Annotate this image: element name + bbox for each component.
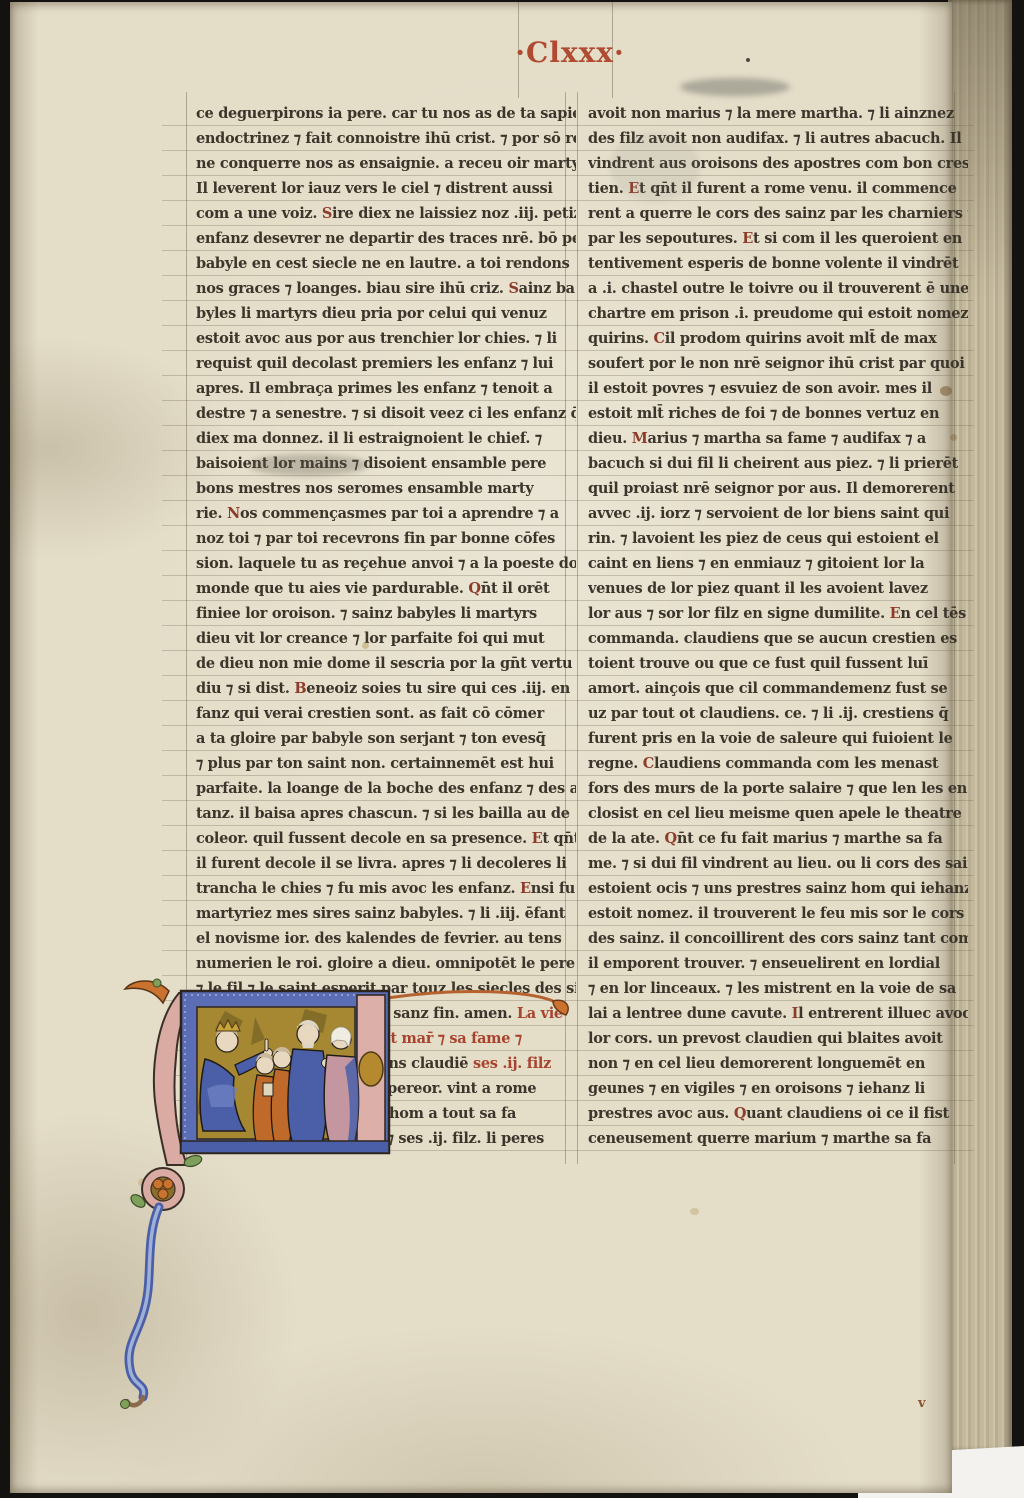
text-line: sion. laquele tu as reçehue anvoi ⁊ a la…: [196, 551, 576, 576]
text-segment: tentivement esperis de bonne volente il …: [588, 255, 958, 272]
text-segment: E: [532, 830, 543, 847]
text-segment: finiee lor oroison. ⁊ sainz babyles li m…: [196, 605, 537, 622]
text-segment: S: [508, 280, 518, 297]
historiated-initial: [105, 977, 585, 1417]
initial-bottom-bar: [181, 1141, 389, 1153]
text-segment: rin. ⁊ lavoient les piez de ceus qui est…: [588, 530, 939, 547]
text-segment: ire diex ne laissiez noz .iij. petiz: [332, 205, 576, 222]
text-segment: noz toi ⁊ par toi recevrons fin par bonn…: [196, 530, 555, 547]
text-segment: dieu.: [588, 430, 632, 447]
text-segment: n̄t ce fu fait marius ⁊ marthe sa fa: [677, 830, 943, 847]
text-segment: eneoiz soies tu sire qui ces .iij. en: [306, 680, 570, 697]
text-line: estoient ocis ⁊ uns prestres sainz hom q…: [588, 876, 968, 901]
text-segment: il prodom quirins avoit mlt̄ de max: [665, 330, 937, 347]
text-segment: nsi fu: [531, 880, 575, 897]
leaf-flourish-icon: [125, 981, 169, 1003]
text-segment: S: [322, 205, 332, 222]
text-segment: martyriez mes sires sainz babyles. ⁊ li …: [196, 905, 565, 922]
text-segment: E: [520, 880, 531, 897]
text-segment: bons mestres nos seromes ensamble marty: [196, 480, 533, 497]
text-line: geunes ⁊ en vigiles ⁊ en oroisons ⁊ ieha…: [588, 1076, 968, 1101]
text-block: ce deguerpirons ia pere. car tu nos as d…: [196, 101, 576, 1001]
trefoil-icon: [158, 1189, 168, 1199]
folio-number: ·Clxxx·: [450, 36, 690, 69]
text-segment: C: [643, 755, 654, 772]
text-segment: par les sepoutures.: [588, 230, 742, 247]
text-segment: monde que tu aies vie pardurable.: [196, 580, 468, 597]
text-segment: E: [742, 230, 753, 247]
text-line: par les sepoutures. Et si com il les que…: [588, 226, 968, 251]
text-segment: a .i. chastel outre le toivre ou il trou…: [588, 280, 968, 297]
text-line: avvec .ij. iorz ⁊ servoient de lor biens…: [588, 501, 968, 526]
text-segment: venues de lor piez quant il les avoient …: [588, 580, 928, 597]
text-segment: amort. ainçois que cil commandemenz fust…: [588, 680, 947, 697]
text-line: dieu vit lor creance ⁊ lor parfaite foi …: [196, 626, 576, 651]
text-segment: estoit mlt̄ riches de foi ⁊ de bonnes ve…: [588, 405, 939, 422]
text-line: closist en cel lieu meisme quen apele le…: [588, 801, 968, 826]
text-segment: sion. laquele tu as reçehue anvoi ⁊ a la…: [196, 555, 576, 572]
text-line: estoit nomez. il trouverent le feu mis s…: [588, 901, 968, 926]
text-line: estoit avoc aus por aus trenchier lor ch…: [196, 326, 576, 351]
text-line: noz toi ⁊ par toi recevrons fin par bonn…: [196, 526, 576, 551]
text-line: tentivement esperis de bonne volente il …: [588, 251, 968, 276]
text-segment: toient trouve ou que ce fust quil fussen…: [588, 655, 928, 672]
text-line: bacuch si dui fil li cheirent aus piez. …: [588, 451, 968, 476]
text-line: fors des murs de la porte salaire ⁊ que …: [588, 776, 968, 801]
leaf-dot-icon: [153, 979, 161, 987]
text-line: fanz qui verai crestien sont. as fait cō…: [196, 701, 576, 726]
text-segment: rie.: [196, 505, 227, 522]
pointing-finger: [265, 1039, 268, 1051]
text-line: destre ⁊ a senestre. ⁊ si disoit veez ci…: [196, 401, 576, 426]
text-segment: uz par tout ot claudiens. ce. ⁊ li .ij. …: [588, 705, 948, 722]
text-line: el novisme ior. des kalendes de fevrier.…: [196, 926, 576, 951]
text-line: rin. ⁊ lavoient les piez de ceus qui est…: [588, 526, 968, 551]
text-segment: ainz ba: [519, 280, 575, 297]
text-line: ceneusement querre marium ⁊ marthe sa fa: [588, 1126, 968, 1151]
text-block: avoit non marius ⁊ la mere martha. ⁊ li …: [588, 101, 968, 1151]
text-segment: il furent decole il se livra. apres ⁊ li…: [196, 855, 566, 872]
text-line: com a une voiz. Sire diex ne laissiez no…: [196, 201, 576, 226]
text-line: apres. Il embraça primes les enfanz ⁊ te…: [196, 376, 576, 401]
text-column-right: avoit non marius ⁊ la mere martha. ⁊ li …: [588, 101, 968, 1151]
text-segment: N: [227, 505, 240, 522]
text-segment: regne.: [588, 755, 643, 772]
text-line: ⁊ plus par ton saint non. certainnemēt e…: [196, 751, 576, 776]
text-line: a .i. chastel outre le toivre ou il trou…: [588, 276, 968, 301]
text-segment: closist en cel lieu meisme quen apele le…: [588, 805, 962, 822]
text-line: coleor. quil fussent decole en sa presen…: [196, 826, 576, 851]
leaf-icon: [183, 1153, 203, 1168]
text-line: nos graces ⁊ loanges. biau sire ihū criz…: [196, 276, 576, 301]
text-line: a ta gloire par babyle son serjant ⁊ ton…: [196, 726, 576, 751]
text-segment: estoient ocis ⁊ uns prestres sainz hom q…: [588, 880, 968, 897]
text-segment: soufert por le non nrē seignor ihū crist…: [588, 355, 965, 372]
text-line: lai a lentree dune cavute. Il entrerent …: [588, 1001, 968, 1026]
text-segment: lor aus ⁊ sor lor filz en signe dumilite…: [588, 605, 890, 622]
text-segment: n cel tēs: [900, 605, 966, 622]
text-line: estoit mlt̄ riches de foi ⁊ de bonnes ve…: [588, 401, 968, 426]
text-segment: C: [653, 330, 664, 347]
text-segment: non ⁊ en cel lieu demorerent longuemēt e…: [588, 1055, 925, 1072]
ink-speck: [746, 58, 750, 62]
text-segment: M: [632, 430, 648, 447]
text-segment: n̄t il orēt: [481, 580, 550, 597]
text-segment: estoit avoc aus por aus trenchier lor ch…: [196, 330, 557, 347]
text-segment: de la ate.: [588, 830, 664, 847]
text-segment: arius ⁊ martha sa fame ⁊ audifax ⁊ a: [647, 430, 926, 447]
text-segment: avoit non marius ⁊ la mere martha. ⁊ li …: [588, 105, 954, 122]
text-line: ⁊ en lor linceaux. ⁊ les mistrent en la …: [588, 976, 968, 1001]
text-line: trancha le chies ⁊ fu mis avoc les enfan…: [196, 876, 576, 901]
text-segment: ne conquerre nos as ensaignie. a receu o…: [196, 155, 576, 172]
text-segment: enfanz desevrer ne departir des traces n…: [196, 230, 576, 247]
text-segment: chartre em prison .i. preudome qui estoi…: [588, 305, 968, 322]
text-line: de la ate. Qn̄t ce fu fait marius ⁊ mart…: [588, 826, 968, 851]
text-segment: ⁊ plus par ton saint non. certainnemēt e…: [196, 755, 554, 772]
text-segment: Q: [664, 830, 676, 847]
text-line: Il leverent lor iauz vers le ciel ⁊ dist…: [196, 176, 576, 201]
text-segment: t si com il les queroient en: [753, 230, 962, 247]
text-segment: babyle en cest siecle ne en lautre. a to…: [196, 255, 570, 272]
text-segment: geunes ⁊ en vigiles ⁊ en oroisons ⁊ ieha…: [588, 1080, 925, 1097]
text-segment: diu ⁊ si dist.: [196, 680, 294, 697]
text-line: de dieu non mie dome il sescria por la g…: [196, 651, 576, 676]
text-line: il furent decole il se livra. apres ⁊ li…: [196, 851, 576, 876]
text-segment: caint en liens ⁊ en enmiauz ⁊ gitoient l…: [588, 555, 924, 572]
text-segment: il emporent trouver. ⁊ enseuelirent en l…: [588, 955, 940, 972]
text-line: non ⁊ en cel lieu demorerent longuemēt e…: [588, 1051, 968, 1076]
tail-leaf-dot: [121, 1400, 130, 1409]
text-segment: trancha le chies ⁊ fu mis avoc les enfan…: [196, 880, 520, 897]
father-figure: [288, 1049, 327, 1147]
text-segment: apres. Il embraça primes les enfanz ⁊ te…: [196, 380, 553, 397]
text-line: commanda. claudiens que se aucun crestie…: [588, 626, 968, 651]
text-line: martyriez mes sires sainz babyles. ⁊ li …: [196, 901, 576, 926]
text-segment: lor cors. un prevost claudien qui blaite…: [588, 1030, 943, 1047]
text-line: tanz. il baisa apres chascun. ⁊ si les b…: [196, 801, 576, 826]
text-line: ce deguerpirons ia pere. car tu nos as d…: [196, 101, 576, 126]
text-line: ne conquerre nos as ensaignie. a receu o…: [196, 151, 576, 176]
text-line: soufert por le non nrē seignor ihū crist…: [588, 351, 968, 376]
text-segment: bacuch si dui fil li cheirent aus piez. …: [588, 455, 958, 472]
text-segment: furent pris en la voie de saleure qui fu…: [588, 730, 953, 747]
text-segment: B: [294, 680, 306, 697]
text-segment: Q: [468, 580, 480, 597]
text-line: des sainz. il concoillirent des cors sai…: [588, 926, 968, 951]
text-line: il estoit povres ⁊ esvuiez de son avoir.…: [588, 376, 968, 401]
text-segment: el novisme ior. des kalendes de fevrier.…: [196, 930, 561, 947]
ink-smudge: [680, 78, 790, 96]
text-segment: numerien le roi. gloire a dieu. omnipotē…: [196, 955, 575, 972]
text-line: diu ⁊ si dist. Beneoiz soies tu sire qui…: [196, 676, 576, 701]
text-line: rie. Nos commençasmes par toi a aprendre…: [196, 501, 576, 526]
trefoil-icon: [153, 1179, 163, 1189]
text-segment: requist quil decolast premiers les enfan…: [196, 355, 553, 372]
text-segment: Q: [734, 1105, 746, 1122]
text-segment: t qn̄t: [542, 830, 576, 847]
text-line: numerien le roi. gloire a dieu. omnipotē…: [196, 951, 576, 976]
text-line: finiee lor oroison. ⁊ sainz babyles li m…: [196, 601, 576, 626]
text-line: parfaite. la loange de la boche des enfa…: [196, 776, 576, 801]
text-line: byles li martyrs dieu pria por celui qui…: [196, 301, 576, 326]
stain-spot: [362, 642, 369, 649]
text-segment: endoctrinez ⁊ fait connoistre ihū crist.…: [196, 130, 576, 147]
text-line: enfanz desevrer ne departir des traces n…: [196, 226, 576, 251]
text-segment: avvec .ij. iorz ⁊ servoient de lor biens…: [588, 505, 949, 522]
text-segment: commanda. claudiens que se aucun crestie…: [588, 630, 957, 647]
text-line: lor cors. un prevost claudien qui blaite…: [588, 1026, 968, 1051]
text-line: caint en liens ⁊ en enmiauz ⁊ gitoient l…: [588, 551, 968, 576]
text-segment: quil proiast nrē seignor por aus. Il dem…: [588, 480, 955, 497]
book-icon: [263, 1083, 273, 1096]
text-segment: dieu vit lor creance ⁊ lor parfaite foi …: [196, 630, 544, 647]
text-line: me. ⁊ si dui fil vindrent au lieu. ou li…: [588, 851, 968, 876]
text-segment: rent a querre le cors des sainz par les …: [588, 205, 968, 222]
descender-tail: [129, 1207, 159, 1397]
text-line: chartre em prison .i. preudome qui estoi…: [588, 301, 968, 326]
text-segment: E: [890, 605, 901, 622]
stain-spot: [940, 386, 952, 396]
text-line: toient trouve ou que ce fust quil fussen…: [588, 651, 968, 676]
text-line: diex ma donnez. il li estraignoient le c…: [196, 426, 576, 451]
text-segment: com a une voiz.: [196, 205, 322, 222]
text-segment: prestres avoc aus.: [588, 1105, 734, 1122]
text-segment: uant claudiens oi ce il fist: [746, 1105, 949, 1122]
text-segment: estoit nomez. il trouverent le feu mis s…: [588, 905, 964, 922]
text-line: regne. Claudiens commanda com les menast: [588, 751, 968, 776]
ink-smudge: [248, 454, 368, 476]
text-segment: os commençasmes par toi a aprendre ⁊ a: [240, 505, 559, 522]
quire-signature: v: [918, 1396, 926, 1411]
text-line: bons mestres nos seromes ensamble marty: [196, 476, 576, 501]
text-segment: fors des murs de la porte salaire ⁊ que …: [588, 780, 967, 797]
emperor-head: [216, 1030, 238, 1052]
text-line: dieu. Marius ⁊ martha sa fame ⁊ audifax …: [588, 426, 968, 451]
ivy-leaf-icon: [359, 1052, 383, 1086]
text-line: prestres avoc aus. Quant claudiens oi ce…: [588, 1101, 968, 1126]
penwork-extension: [387, 992, 553, 1001]
text-line: furent pris en la voie de saleure qui fu…: [588, 726, 968, 751]
text-segment: des sainz. il concoillirent des cors sai…: [588, 930, 968, 947]
text-line: quirins. Cil prodom quirins avoit mlt̄ d…: [588, 326, 968, 351]
text-segment: destre ⁊ a senestre. ⁊ si disoit veez ci…: [196, 405, 576, 422]
text-line: endoctrinez ⁊ fait connoistre ihū crist.…: [196, 126, 576, 151]
text-line: uz par tout ot claudiens. ce. ⁊ li .ij. …: [588, 701, 968, 726]
text-segment: parfaite. la loange de la boche des enfa…: [196, 780, 576, 797]
text-segment: byles li martyrs dieu pria por celui qui…: [196, 305, 547, 322]
leaf-hook-icon: [553, 1000, 568, 1015]
text-line: requist quil decolast premiers les enfan…: [196, 351, 576, 376]
text-segment: a ta gloire par babyle son serjant ⁊ ton…: [196, 730, 545, 747]
manuscript-scan: ·Clxxx· ce deguerpirons ia pere. car tu …: [0, 0, 1024, 1498]
text-segment: Il leverent lor iauz vers le ciel ⁊ dist…: [196, 180, 553, 197]
text-line: il emporent trouver. ⁊ enseuelirent en l…: [588, 951, 968, 976]
initial-miniature-svg: [105, 977, 585, 1417]
text-segment: diex ma donnez. il li estraignoient le c…: [196, 430, 542, 447]
text-line: rent a querre le cors des sainz par les …: [588, 201, 968, 226]
text-line: lor aus ⁊ sor lor filz en signe dumilite…: [588, 601, 968, 626]
text-line: monde que tu aies vie pardurable. Qn̄t i…: [196, 576, 576, 601]
text-line: amort. ainçois que cil commandemenz fust…: [588, 676, 968, 701]
text-segment: quirins.: [588, 330, 653, 347]
trefoil-icon: [163, 1179, 173, 1189]
text-line: babyle en cest siecle ne en lautre. a to…: [196, 251, 576, 276]
text-segment: de dieu non mie dome il sescria por la g…: [196, 655, 572, 672]
text-segment: ⁊ en lor linceaux. ⁊ les mistrent en la …: [588, 980, 956, 997]
text-segment: ceneusement querre marium ⁊ marthe sa fa: [588, 1130, 931, 1147]
text-line: venues de lor piez quant il les avoient …: [588, 576, 968, 601]
stain-spot: [950, 434, 957, 441]
text-line: quil proiast nrē seignor por aus. Il dem…: [588, 476, 968, 501]
text-line: avoit non marius ⁊ la mere martha. ⁊ li …: [588, 101, 968, 126]
text-segment: tanz. il baisa apres chascun. ⁊ si les b…: [196, 805, 570, 822]
text-segment: coleor. quil fussent decole en sa presen…: [196, 830, 532, 847]
text-segment: l entrerent illuec avoc: [798, 1005, 968, 1022]
text-segment: laudiens commanda com les menast: [654, 755, 938, 772]
text-segment: ce deguerpirons ia pere. car tu nos as d…: [196, 105, 576, 122]
text-segment: il estoit povres ⁊ esvuiez de son avoir.…: [588, 380, 932, 397]
emperor-drapery: [207, 1085, 237, 1108]
text-segment: nos graces ⁊ loanges. biau sire ihū criz…: [196, 280, 508, 297]
text-segment: lai a lentree dune cavute.: [588, 1005, 792, 1022]
text-segment: me. ⁊ si dui fil vindrent au lieu. ou li…: [588, 855, 968, 872]
text-segment: fanz qui verai crestien sont. as fait cō…: [196, 705, 544, 722]
stain: [610, 132, 700, 202]
stain-spot: [690, 1208, 699, 1215]
